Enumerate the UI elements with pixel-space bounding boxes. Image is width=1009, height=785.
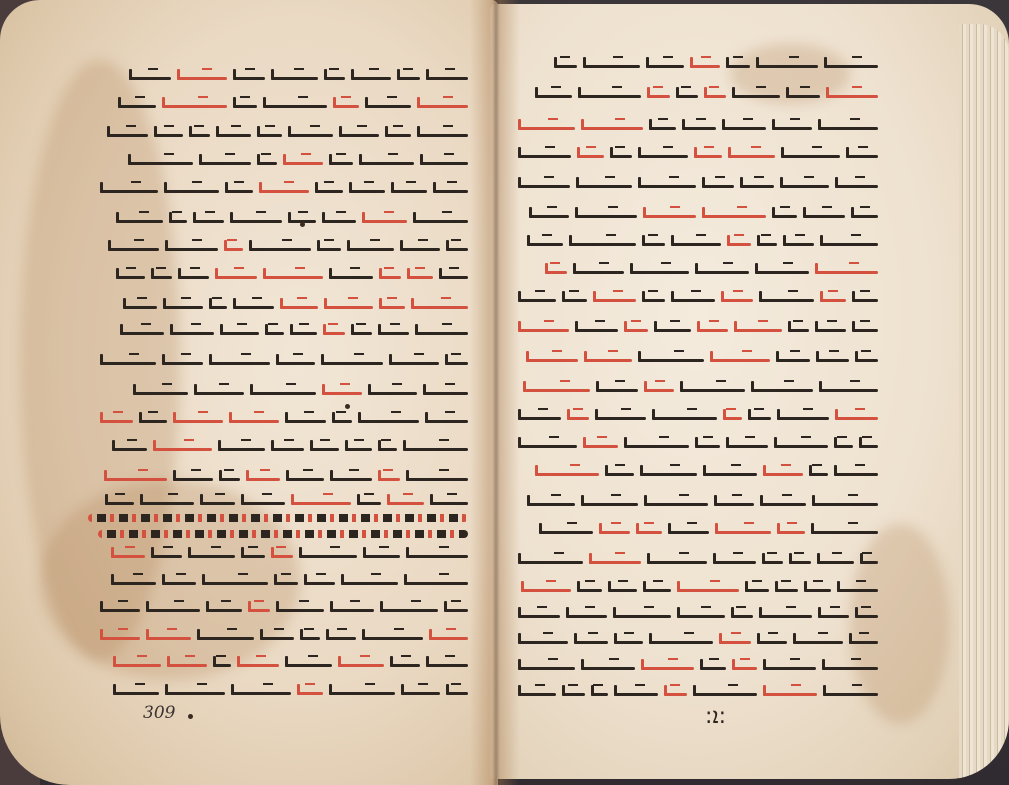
script-word [680,389,745,392]
script-word [215,276,257,279]
script-line [518,632,878,644]
interlace-ornament [98,530,468,538]
script-word [566,615,608,618]
script-word [722,127,765,130]
script-line [100,573,468,585]
script-word [271,77,318,80]
script-word [855,359,878,362]
script-word [429,637,468,640]
script-word [819,389,878,392]
script-word [230,220,282,223]
script-line [100,181,468,193]
script-line [518,436,878,448]
script-word [321,362,383,365]
script-word [676,95,698,98]
script-word [111,555,145,558]
script-word [237,664,279,667]
script-line [100,439,468,451]
script-line [100,353,468,365]
script-word [745,589,769,592]
script-word [299,555,357,558]
script-word [430,502,468,505]
script-word [315,190,343,193]
script-line [100,323,468,335]
script-word [783,243,814,246]
script-word [263,276,323,279]
script-word [518,641,568,644]
script-word [638,359,704,362]
script-word [638,155,689,158]
script-word [715,531,771,534]
script-word [209,306,227,309]
script-word [818,127,878,130]
script-line [518,464,878,476]
script-word [567,417,589,420]
script-word [323,332,345,335]
script-line [100,267,468,279]
script-word [285,664,332,667]
end-mark: :ܐ: [705,704,726,729]
script-word [345,448,372,451]
script-word [276,362,315,365]
script-word [726,445,767,448]
script-word [280,306,318,309]
script-word [288,134,333,137]
script-word [702,185,734,188]
script-word [703,473,757,476]
script-word [426,664,468,667]
script-word [163,306,203,309]
script-word [218,448,265,451]
script-word [173,420,224,423]
script-word [775,589,798,592]
script-line [518,522,878,534]
script-word [529,215,569,218]
ink-spot [300,222,305,227]
script-word [197,637,254,640]
script-word [837,589,878,592]
script-line [100,469,468,481]
script-word [855,615,878,618]
script-word [728,155,775,158]
script-word [107,134,148,137]
script-word [329,276,373,279]
script-word [426,77,468,80]
script-word [554,65,577,68]
script-word [304,582,335,585]
script-word [694,155,721,158]
page-edges [959,24,1009,779]
script-word [100,190,158,193]
script-word [113,692,159,695]
script-line [518,206,878,218]
script-word [446,692,468,695]
script-word [818,615,849,618]
script-word [385,134,411,137]
script-word [577,155,604,158]
script-line [518,56,878,68]
script-word [704,95,726,98]
script-word [276,609,324,612]
script-word [776,359,810,362]
script-word [400,248,440,251]
script-word [763,693,817,696]
script-word [380,609,439,612]
script-word [642,299,665,302]
script-line [100,683,468,695]
script-word [710,359,770,362]
script-word [274,582,298,585]
script-line [518,552,878,564]
script-word [351,77,391,80]
script-word [723,417,742,420]
script-line [100,655,468,667]
script-word [593,299,636,302]
script-word [368,392,417,395]
script-word [379,306,405,309]
script-word [188,555,235,558]
script-word [636,531,662,534]
script-word [759,299,814,302]
script-word [283,162,323,165]
script-word [599,531,630,534]
script-word [154,134,183,137]
script-word [719,641,751,644]
script-word [420,162,468,165]
script-word [763,667,816,670]
script-word [772,127,812,130]
script-word [363,555,400,558]
script-word [780,185,829,188]
script-word [446,248,468,251]
script-word [113,664,161,667]
script-word [129,77,171,80]
script-word [263,105,327,108]
script-word [732,95,780,98]
script-word [521,589,571,592]
script-word [213,664,231,667]
script-word [100,609,140,612]
script-word [817,561,854,564]
script-word [849,641,878,644]
script-line [518,494,878,506]
script-word [120,332,164,335]
script-word [162,362,203,365]
script-line [518,234,878,246]
script-word [518,185,570,188]
script-word [584,359,632,362]
script-word [202,582,268,585]
script-word [545,271,567,274]
script-word [835,185,878,188]
script-word [146,637,190,640]
script-word [852,329,878,332]
script-line [100,68,468,80]
script-word [379,276,401,279]
script-word [153,448,212,451]
script-line [100,628,468,640]
script-line [518,380,878,392]
script-word [224,248,243,251]
script-word [697,329,729,332]
script-word [577,589,602,592]
script-word [231,692,291,695]
script-word [104,478,167,481]
script-word [713,561,756,564]
script-word [105,502,134,505]
script-word [727,243,751,246]
script-word [411,306,468,309]
script-word [740,185,774,188]
script-word [199,162,251,165]
script-word [404,582,468,585]
script-word [732,667,757,670]
script-word [200,502,235,505]
script-word [610,155,632,158]
script-word [128,162,193,165]
script-word [433,190,468,193]
script-word [378,448,397,451]
script-word [834,473,878,476]
script-word [165,692,225,695]
script-word [581,503,638,506]
script-word [219,478,240,481]
script-line [518,146,878,158]
script-word [646,65,684,68]
script-word [108,248,159,251]
script-word [820,243,878,246]
script-word [576,185,632,188]
script-word [760,503,806,506]
script-word [591,693,609,696]
script-word [291,502,351,505]
script-word [762,561,783,564]
script-word [444,609,468,612]
script-word [575,329,618,332]
script-word [286,478,324,481]
script-word [859,445,878,448]
right-page: :ܐ: [490,4,1009,779]
script-word [578,95,641,98]
script-line [518,408,878,420]
script-word [151,555,182,558]
script-word [333,105,359,108]
script-word [118,105,156,108]
script-word [702,215,766,218]
script-word [257,162,277,165]
script-word [789,561,810,564]
script-word [826,95,878,98]
script-word [406,555,468,558]
script-word [811,531,878,534]
script-word [233,105,257,108]
script-word [178,276,209,279]
script-word [389,362,439,365]
ink-spot [188,714,193,719]
script-word [647,95,670,98]
script-word [407,276,433,279]
script-line [518,320,878,332]
script-word [300,637,320,640]
script-word [581,127,643,130]
script-word [824,65,878,68]
script-word [793,641,843,644]
script-word [860,561,878,564]
script-word [397,77,420,80]
script-word [317,248,341,251]
script-line [100,493,468,505]
script-line [100,96,468,108]
script-word [233,306,274,309]
script-word [100,420,133,423]
script-line [100,153,468,165]
script-line [518,86,878,98]
script-word [608,589,637,592]
script-word [734,329,781,332]
script-word [835,417,878,420]
script-word [406,478,468,481]
script-word [772,215,797,218]
script-word [815,271,878,274]
script-word [816,359,849,362]
script-word [569,243,636,246]
script-line [518,350,878,362]
script-word [649,127,675,130]
script-word [271,448,304,451]
script-word [116,220,163,223]
script-line [518,658,878,670]
script-word [756,65,818,68]
script-word [233,77,265,80]
script-line [100,297,468,309]
script-word [167,664,207,667]
script-word [139,420,167,423]
script-word [248,609,270,612]
script-word [823,693,878,696]
script-word [329,692,395,695]
script-line [518,290,878,302]
script-word [624,445,688,448]
script-word [193,220,224,223]
script-word [249,248,311,251]
script-word [390,664,420,667]
script-word [786,95,820,98]
script-word [133,392,188,395]
script-word [581,667,635,670]
script-word [146,609,201,612]
script-word [614,693,658,696]
script-word [763,473,803,476]
script-word [654,329,691,332]
script-word [726,65,750,68]
script-word [573,271,624,274]
script-word [347,248,394,251]
script-word [173,478,213,481]
script-word [415,332,468,335]
script-word [378,478,400,481]
script-word [445,362,469,365]
script-word [177,77,227,80]
script-word [822,667,878,670]
script-word [260,637,294,640]
script-line [518,606,878,618]
script-word [365,105,411,108]
script-line [518,118,878,130]
script-word [695,271,749,274]
script-line [100,125,468,137]
script-word [391,190,426,193]
script-word [781,155,840,158]
script-word [731,615,753,618]
script-word [112,448,147,451]
script-word [123,306,157,309]
script-word [170,332,214,335]
script-word [194,392,244,395]
script-line [100,211,468,223]
script-word [812,503,878,506]
script-word [852,299,878,302]
script-word [140,502,194,505]
script-word [310,448,339,451]
ink-spot [345,404,350,409]
script-word [815,329,846,332]
script-word [162,582,196,585]
script-word [206,609,242,612]
script-word [241,502,285,505]
script-word [518,299,556,302]
script-word [359,162,414,165]
left-page: 309 [0,0,498,785]
script-word [330,609,374,612]
script-word [387,502,424,505]
script-word [518,127,575,130]
script-word [535,473,599,476]
script-word [250,392,316,395]
script-word [378,332,409,335]
script-word [523,389,590,392]
script-word [439,276,468,279]
script-word [518,329,569,332]
script-word [641,667,695,670]
script-word [774,445,828,448]
script-word [518,667,575,670]
script-word [721,299,753,302]
script-word [677,589,739,592]
script-word [527,503,575,506]
script-word [693,693,758,696]
script-word [259,190,309,193]
script-word [189,134,210,137]
script-word [690,65,720,68]
script-word [677,615,725,618]
script-word [748,417,771,420]
script-word [241,555,265,558]
script-word [643,589,671,592]
script-word [518,445,577,448]
script-word [164,190,218,193]
script-word [695,445,721,448]
script-word [518,693,556,696]
script-word [526,359,578,362]
script-word [518,155,571,158]
script-word [574,641,607,644]
script-word [647,561,707,564]
script-word [834,445,853,448]
script-word [535,95,572,98]
script-word [417,105,468,108]
script-word [642,243,665,246]
script-line [100,411,468,423]
